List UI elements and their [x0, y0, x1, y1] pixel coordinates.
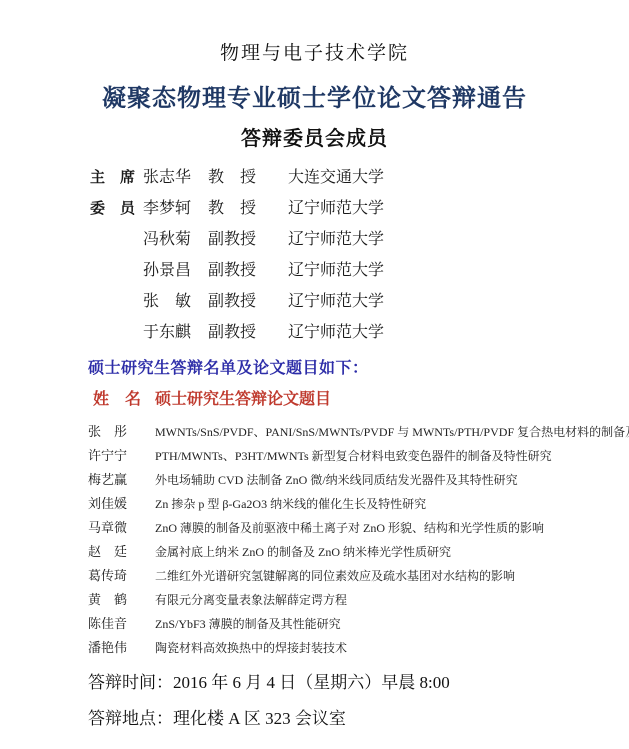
student-name: 张 彤 [88, 420, 155, 444]
student-list-intro: 硕士研究生答辩名单及论文题目如下： [88, 359, 629, 379]
column-header-thesis: 硕士研究生答辩论文题目 [155, 390, 331, 410]
committee-member-title: 副教授 [208, 286, 288, 317]
thesis-title: 陶瓷材料高效换热中的焊接封装技术 [155, 636, 347, 660]
committee-member-affiliation: 辽宁师范大学 [288, 286, 384, 317]
committee-role [90, 286, 140, 317]
student-name: 梅艺赢 [88, 468, 155, 492]
thesis-title: 二维红外光谱研究氢键解离的同位素效应及疏水基团对水结构的影响 [155, 564, 515, 588]
committee-role: 委 员 [90, 193, 140, 224]
committee-member-name: 张志华 [143, 162, 208, 193]
committee-row: 主 席 张志华 教 授 大连交通大学 [90, 162, 629, 193]
committee-member-affiliation: 大连交通大学 [288, 162, 384, 193]
student-row: 张 彤 MWNTs/SnS/PVDF、PANI/SnS/MWNTs/PVDF 与… [88, 420, 629, 444]
column-header-name: 姓 名 [93, 390, 155, 410]
thesis-title: 金属衬底上纳米 ZnO 的制备及 ZnO 纳米棒光学性质研究 [155, 540, 451, 564]
student-row: 黄 鹤 有限元分离变量表象法解薛定谔方程 [88, 588, 629, 612]
student-name: 马章微 [88, 516, 155, 540]
committee-role [90, 255, 140, 286]
student-row: 许宁宁 PTH/MWNTs、P3HT/MWNTs 新型复合材料电致变色器件的制备… [88, 444, 629, 468]
student-row: 潘艳伟 陶瓷材料高效换热中的焊接封装技术 [88, 636, 629, 660]
defense-location: 答辩地点：理化楼 A 区 323 会议室 [88, 708, 629, 730]
student-name: 赵 廷 [88, 540, 155, 564]
student-row: 陈佳音 ZnS/YbF3 薄膜的制备及其性能研究 [88, 612, 629, 636]
committee-heading: 答辩委员会成员 [0, 126, 629, 150]
student-list-header: 姓 名 硕士研究生答辩论文题目 [93, 390, 629, 410]
thesis-title: 外电场辅助 CVD 法制备 ZnO 微/纳米线同质结发光器件及其特性研究 [155, 468, 518, 492]
student-row: 葛传琦 二维红外光谱研究氢键解离的同位素效应及疏水基团对水结构的影响 [88, 564, 629, 588]
committee-member-affiliation: 辽宁师范大学 [288, 317, 384, 348]
committee-member-title: 副教授 [208, 255, 288, 286]
committee-member-name: 冯秋菊 [143, 224, 208, 255]
student-row: 赵 廷 金属衬底上纳米 ZnO 的制备及 ZnO 纳米棒光学性质研究 [88, 540, 629, 564]
committee-role [90, 317, 140, 348]
committee-row: 孙景昌 副教授 辽宁师范大学 [90, 255, 629, 286]
student-name: 许宁宁 [88, 444, 155, 468]
committee-member-title: 副教授 [208, 224, 288, 255]
committee-row: 冯秋菊 副教授 辽宁师范大学 [90, 224, 629, 255]
committee-member-name: 李梦轲 [143, 193, 208, 224]
student-row: 马章微 ZnO 薄膜的制备及前驱液中稀土离子对 ZnO 形貌、结构和光学性质的影… [88, 516, 629, 540]
thesis-title: ZnO 薄膜的制备及前驱液中稀土离子对 ZnO 形貌、结构和光学性质的影响 [155, 516, 544, 540]
committee-row: 委 员 李梦轲 教 授 辽宁师范大学 [90, 193, 629, 224]
department-name: 物理与电子技术学院 [0, 43, 629, 65]
thesis-title: MWNTs/SnS/PVDF、PANI/SnS/MWNTs/PVDF 与 MWN… [155, 420, 629, 444]
committee-row: 于东麒 副教授 辽宁师范大学 [90, 317, 629, 348]
student-name: 刘佳媛 [88, 492, 155, 516]
student-row: 梅艺赢 外电场辅助 CVD 法制备 ZnO 微/纳米线同质结发光器件及其特性研究 [88, 468, 629, 492]
committee-member-title: 副教授 [208, 317, 288, 348]
thesis-title: 有限元分离变量表象法解薛定谔方程 [155, 588, 347, 612]
committee-role [90, 224, 140, 255]
document-page: 物理与电子技术学院 凝聚态物理专业硕士学位论文答辩通告 答辩委员会成员 主 席 … [0, 0, 629, 749]
committee-member-title: 教 授 [208, 162, 288, 193]
committee-member-affiliation: 辽宁师范大学 [288, 224, 384, 255]
student-name: 葛传琦 [88, 564, 155, 588]
committee-member-name: 张 敏 [143, 286, 208, 317]
student-name: 陈佳音 [88, 612, 155, 636]
committee-member-affiliation: 辽宁师范大学 [288, 193, 384, 224]
committee-member-name: 孙景昌 [143, 255, 208, 286]
announcement-title: 凝聚态物理专业硕士学位论文答辩通告 [0, 85, 629, 113]
thesis-title: ZnS/YbF3 薄膜的制备及其性能研究 [155, 612, 341, 636]
student-row: 刘佳媛 Zn 掺杂 p 型 β-Ga2O3 纳米线的催化生长及特性研究 [88, 492, 629, 516]
committee-member-name: 于东麒 [143, 317, 208, 348]
student-name: 黄 鹤 [88, 588, 155, 612]
student-name: 潘艳伟 [88, 636, 155, 660]
committee-member-affiliation: 辽宁师范大学 [288, 255, 384, 286]
thesis-title: PTH/MWNTs、P3HT/MWNTs 新型复合材料电致变色器件的制备及特性研… [155, 444, 552, 468]
thesis-title: Zn 掺杂 p 型 β-Ga2O3 纳米线的催化生长及特性研究 [155, 492, 426, 516]
committee-list: 主 席 张志华 教 授 大连交通大学 委 员 李梦轲 教 授 辽宁师范大学 冯秋… [90, 162, 629, 348]
defense-time: 答辩时间：2016 年 6 月 4 日（星期六）早晨 8:00 [88, 672, 629, 694]
student-list: 张 彤 MWNTs/SnS/PVDF、PANI/SnS/MWNTs/PVDF 与… [88, 420, 629, 660]
committee-role: 主 席 [90, 162, 140, 193]
committee-row: 张 敏 副教授 辽宁师范大学 [90, 286, 629, 317]
committee-member-title: 教 授 [208, 193, 288, 224]
